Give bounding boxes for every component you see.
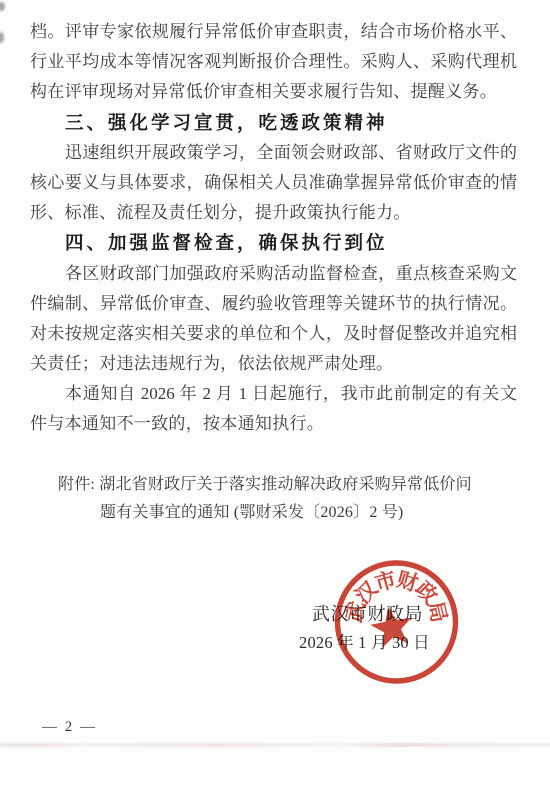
document-line: 行业平均成本等情况客观判断报价合理性。采购人、采购代理机 bbox=[30, 47, 517, 77]
official-seal-icon: 武 汉 市 财 政 局 bbox=[330, 558, 463, 691]
attachment-line: 附件: 湖北省财政厅关于落实推动解决政府采购异常低价问 bbox=[58, 471, 472, 499]
section-heading-3: 三、强化学习宣贯，吃透政策精神 bbox=[30, 108, 517, 138]
document-line: 核心要义与具体要求，确保相关人员准确掌握异常低价审查的情 bbox=[30, 168, 517, 198]
seal-star-icon bbox=[368, 603, 416, 649]
attachment-line: 题有关事宜的通知 (鄂财采发〔2026〕2 号) bbox=[100, 499, 472, 527]
document-line: 关责任；对违法违规行为，依法依规严肃处理。 bbox=[30, 349, 517, 379]
seal-char: 局 bbox=[423, 599, 451, 625]
scan-speck bbox=[0, 2, 5, 11]
document-body: 档。评审专家依规履行异常低价审查职责，结合市场价格水平、 行业平均成本等情况客观… bbox=[30, 17, 517, 440]
document-line: 构在评审现场对异常低价审查相关要求履行告知、提醒义务。 bbox=[30, 77, 517, 107]
document-line: 件与本通知不一致的，按本通知执行。 bbox=[30, 409, 517, 439]
document-line: 迅速组织开展政策学习，全面领会财政部、省财政厅文件的 bbox=[30, 138, 517, 168]
document-line: 件编制、异常低价审查、履约验收管理等关键环节的执行情况。 bbox=[30, 289, 517, 319]
section-heading-4: 四、加强监督检查，确保执行到位 bbox=[30, 228, 517, 258]
scan-smudge-line bbox=[0, 743, 550, 747]
document-line: 形、标准、流程及责任划分，提升政策执行能力。 bbox=[30, 198, 517, 228]
document-line: 档。评审专家依规履行异常低价审查职责，结合市场价格水平、 bbox=[30, 17, 517, 47]
document-line: 各区财政部门加强政府采购活动监督检查，重点核查采购文 bbox=[30, 259, 517, 289]
document-line: 本通知自 2026 年 2 月 1 日起施行，我市此前制定的有关文 bbox=[30, 379, 517, 409]
document-page: 档。评审专家依规履行异常低价审查职责，结合市场价格水平、 行业平均成本等情况客观… bbox=[0, 0, 550, 786]
document-line: 对未按规定落实相关要求的单位和个人，及时督促整改并追究相 bbox=[30, 319, 517, 349]
attachment-block: 附件: 湖北省财政厅关于落实推动解决政府采购异常低价问 题有关事宜的通知 (鄂财… bbox=[58, 471, 472, 526]
page-number: — 2 — bbox=[42, 719, 97, 736]
scan-speck bbox=[0, 32, 4, 43]
